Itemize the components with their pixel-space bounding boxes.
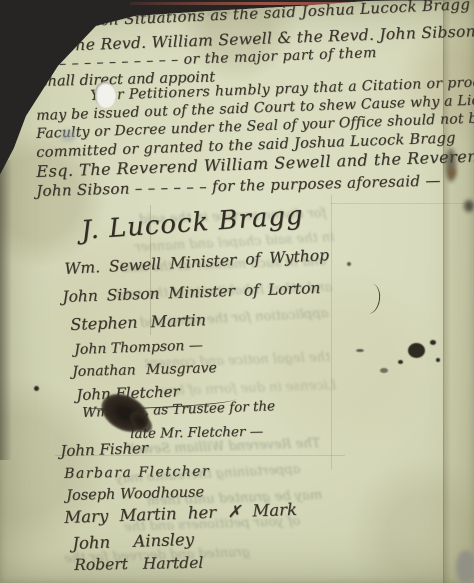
ink-spot [380,368,388,373]
edge-smudge [464,200,474,212]
ink-spot [34,386,39,391]
ink-spot [398,360,403,364]
show-through-line: The Reverend William Sewell [0,44,7,66]
signature-john-fisher: John Fisher [60,439,148,460]
signature-robert-hartdel: Robert Hartdel [74,554,203,574]
signature-john-sibson: John Sibson Minister of Lorton [62,279,321,306]
ink-spot [356,349,364,352]
edge-smudge [456,550,474,583]
left-edge-shadow [0,160,12,460]
ink-spot [436,358,440,362]
ink-spot [408,343,425,358]
crease-line [330,203,465,204]
show-through-line: License in due form of law [161,378,336,399]
signature-barbara-fletcher: Barbara Fletcher [64,463,210,482]
brown-speck [448,168,456,178]
manuscript-paper: and other Inhabitants of the said The Re… [0,0,474,583]
signature-jonathan-musgrave: Jonathan Musgrave [72,360,217,380]
flourish-mark [364,283,382,315]
crease-line [331,195,332,470]
faded-smudge [60,130,76,142]
photograph: and other Inhabitants of the said The Re… [0,0,474,583]
ink-spot [430,340,436,345]
signature-stephen-martin: Stephen Martin [70,310,206,334]
paper-hole [95,82,116,108]
ink-spot [347,262,351,266]
